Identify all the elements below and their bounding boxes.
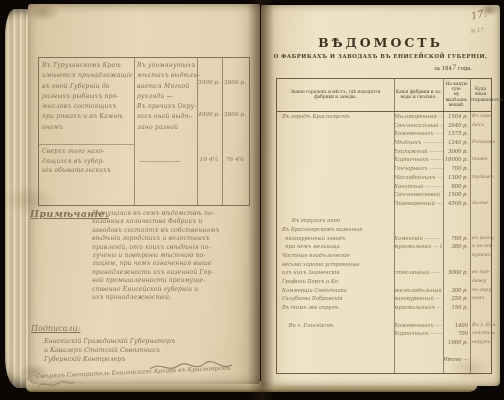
cell-sum: 1300 р.: [443, 174, 470, 183]
handwritten-line: Въ прочихъ Окру-: [137, 102, 195, 112]
table-row: Кирпичныхъ ——— 7 10000 р. тоже: [277, 156, 491, 165]
cell-place: [277, 339, 394, 348]
table-row: Канатный ———— 1 800 р.: [277, 183, 491, 192]
cell-factory: [394, 313, 443, 322]
header-line: фабрики и заводы.: [277, 95, 394, 100]
handwritten-line: мѣстахъ выдѣлы-: [137, 71, 195, 81]
cell-destination: [470, 217, 491, 226]
cell-destination: [470, 226, 491, 235]
left-amount: 3000 р.: [197, 80, 221, 86]
table-row: Частные владѣльческіе купамъ: [277, 252, 491, 261]
left-amount: 76 4¾: [223, 157, 247, 163]
table-row: Голубкова Бобровскій винокуренный — 1 25…: [277, 295, 491, 304]
cell-place: [277, 130, 394, 139]
year-line: за 1847 года.: [434, 64, 472, 72]
cell-sum: 1000 р.: [443, 339, 470, 348]
handwritten-line: правленій, отъ коихъ свѣдѣнія по-: [92, 244, 260, 252]
cell-place: [277, 156, 394, 165]
cell-destination: и по от-: [470, 243, 491, 252]
note-paragraph: Значущіяся въ семъ вѣдомствѣ по-казанныя…: [92, 210, 260, 302]
cell-sum: 3000 р.: [443, 148, 470, 157]
cell-sum: 2640 р.: [443, 122, 470, 131]
cell-place: [277, 148, 394, 157]
cell-factory: Свѣчновосковой — 1: [394, 191, 443, 200]
table-row: [277, 313, 491, 322]
table-row: 1000 р. округѣ: [277, 339, 491, 348]
signatures-heading: Подписали:: [31, 324, 80, 333]
header-line: На какую сум-: [443, 82, 470, 92]
cell-place: [277, 200, 394, 209]
cell-place: весьма хорошо устроенные: [277, 261, 394, 270]
handwritten-line: ственно Енисейской губерніи и: [92, 286, 260, 294]
table-row: весьма хорошо устроенные: [277, 261, 491, 270]
cell-sum: 1400: [443, 322, 470, 331]
header-line: му выдѣлано: [443, 92, 470, 102]
cell-place: [277, 122, 394, 131]
cell-sum: [443, 348, 470, 357]
cell-place: [277, 356, 394, 365]
cell-place: Графини Борхъ и Ко: [277, 278, 394, 287]
table-rule: [277, 111, 491, 112]
cell-factory: Мѣдныхъ ————— 2: [394, 139, 443, 148]
cell-place: винокуренный заводъ: [277, 235, 394, 244]
table-row: изъ нихъ Знаменскій стеклянный —— 1 5000…: [277, 269, 491, 278]
cell-sum: 1500 р.: [443, 191, 470, 200]
table-row: Графини Борхъ и Ко дажу: [277, 278, 491, 287]
cell-place: Въ городѣ Красноярскѣ: [277, 113, 394, 122]
cell-factory: мукомольная — 1: [394, 243, 443, 252]
cell-factory: стеклянный —— 1: [394, 269, 443, 278]
book-photo: Въ Туруханскомъ Краѣимѣются принадлежащі…: [0, 0, 504, 400]
cell-sum: Итого —: [443, 356, 470, 365]
cell-factory: [394, 252, 443, 261]
cell-place: при немъ мельница: [277, 243, 394, 252]
cell-sum: [443, 217, 470, 226]
cell-sum: 1575 р.: [443, 130, 470, 139]
cell-factory: [394, 226, 443, 235]
cell-destination: Въ горо-: [470, 113, 491, 122]
cell-factory: Канатный ———— 1: [394, 183, 443, 192]
cell-place: Въ томъ же округѣ: [277, 304, 394, 313]
cell-factory: Кожевенныхъ ——— 3: [394, 130, 443, 139]
cell-destination: сейскѣ и: [470, 330, 491, 339]
cell-sum: 5000 р.: [443, 269, 470, 278]
cell-factory: Мыловаренный ——— 1: [394, 113, 443, 122]
cell-factory: [394, 217, 443, 226]
table-row: Гончарныхъ ——— 2 700 р.: [277, 165, 491, 174]
cell-destination: [470, 165, 491, 174]
cell-factory: Маслобойныхъ —— 2: [394, 174, 443, 183]
cell-place: [277, 209, 394, 218]
cell-destination: [470, 348, 491, 357]
signature-line: Енисейскій Гражданскій Губернаторъ: [44, 337, 244, 346]
cell-factory: Свѣчносальный —— 1: [394, 122, 443, 131]
cell-destination: дахъ: [470, 122, 491, 131]
cell-destination: [470, 313, 491, 322]
cell-sum: 4500 р.: [443, 200, 470, 209]
cell-place: Въ округахъ оной: [277, 217, 394, 226]
handwritten-line: ономъ: [42, 123, 132, 133]
table-row: Итого —: [277, 356, 491, 365]
factories-table: Званіе городовъ и мѣстъ, гдѣ находятсяфа…: [276, 78, 492, 374]
cell-place: [277, 139, 394, 148]
header-line: воды и сколько.: [394, 95, 443, 100]
cell-destination: [470, 183, 491, 192]
cell-sum: [443, 226, 470, 235]
cell-destination: Разнымъ: [470, 139, 491, 148]
handwritten-line: вается Мягкой: [137, 82, 195, 92]
handwritten-line: ніи обывательскихъ: [42, 166, 132, 176]
cell-sum: 250 р.: [443, 295, 470, 304]
signature-line: и Кавалеръ Статскій Совѣтникъ: [44, 346, 244, 355]
left-amount: 3000 р.: [223, 80, 247, 86]
cell-destination: Въ г. Ени-: [470, 322, 491, 331]
cell-place: Въ г. Енисейскѣ: [277, 322, 394, 331]
cell-sum: [443, 278, 470, 287]
page-title: ВѢДОМОСТЬ: [281, 35, 480, 50]
table-row: винокуренный заводъ Каменскій ——— 1 700 …: [277, 235, 491, 244]
cell-place: Въ Красноярскомъ казенный: [277, 226, 394, 235]
table-row: Въ городѣ Красноярскѣ Мыловаренный ——— 1…: [277, 113, 491, 122]
cell-place: Частные владѣльческіе: [277, 252, 394, 261]
table-row: Мѣдныхъ ————— 2 1240 р. Разнымъ: [277, 139, 491, 148]
left-table-col-b: Въ упомянутыхъмѣстахъ выдѣлы-вается Мягк…: [137, 61, 195, 133]
cell-place: [277, 183, 394, 192]
left-amount: 4000 р.: [197, 112, 221, 118]
handwritten-line: казанныя количества Фабрикъ и: [92, 218, 260, 226]
cell-destination: тоже: [470, 156, 491, 165]
cell-destination: купамъ: [470, 252, 491, 261]
cell-destination: по окру-: [470, 287, 491, 296]
cell-factory: Гончарныхъ ——— 2: [394, 165, 443, 174]
left-page: Въ Туруханскомъ Краѣимѣются принадлежащі…: [28, 4, 260, 384]
cell-sum: 1504 р.: [443, 113, 470, 122]
cell-place: Коммерціи Совѣтника: [277, 287, 394, 296]
cell-factory: желѣзодѣльный 1: [394, 287, 443, 296]
cell-factory: Кирпичныхъ ——— 7: [394, 156, 443, 165]
cell-sum: [443, 313, 470, 322]
table-row: Маслобойныхъ —— 2 1300 р. тудаже: [277, 174, 491, 183]
left-table-col-a: Въ Туруханскомъ Краѣимѣются принадлежащі…: [42, 61, 132, 133]
cell-sum: 700 р.: [443, 235, 470, 244]
cell-destination: дажу: [470, 278, 491, 287]
archival-flourish-icon: [36, 378, 76, 390]
table-row: [277, 209, 491, 218]
cell-destination: тудаже: [470, 174, 491, 183]
cell-sum: 800 р.: [443, 183, 470, 192]
cell-factory: Каменскій ——— 1: [394, 235, 443, 244]
cell-destination: [470, 148, 491, 157]
left-amount: 3800 р.: [223, 112, 247, 118]
handwritten-line: лано разной: [137, 123, 195, 133]
handwritten-line: принадлежность ихъ казенной Гор-: [92, 269, 260, 277]
left-table-row2: Сверхъ того нахо-дящихся въ губер-ніи об…: [42, 147, 132, 176]
table-row: [277, 348, 491, 357]
header-factories: Какія фабрики и за-воды и сколько.: [394, 79, 443, 111]
handwritten-line: мысловъ состоящихъ: [42, 102, 132, 112]
cell-factory: [394, 339, 443, 348]
cell-sum: 150 р.: [443, 304, 470, 313]
cell-sum: 10000 р.: [443, 156, 470, 165]
cell-place: [277, 313, 394, 322]
header-sum: На какую сум-му выдѣлановещей.: [443, 79, 470, 111]
cell-factory: Кожевенныхъ —— 2: [394, 322, 443, 331]
cell-factory: [394, 356, 443, 365]
cell-destination: округѣ: [470, 339, 491, 348]
table-row: Екипажный ———— 1 3000 р.: [277, 148, 491, 157]
cell-destination: въ казну: [470, 235, 491, 244]
cell-place: Голубкова Бобровскій: [277, 295, 394, 304]
cell-destination: гамъ: [470, 295, 491, 304]
page-subtitle: О ФАБРИКАХЪ И ЗАВОДАХЪ ВЪ ЕНИСЕЙСКОЙ ГУБ…: [271, 54, 490, 60]
cell-factory: [394, 209, 443, 218]
cell-destination: далѣе: [470, 200, 491, 209]
table-body: Въ городѣ Красноярскѣ Мыловаренный ——— 1…: [277, 113, 491, 365]
table-row: Коммерціи Совѣтника желѣзодѣльный 1 300 …: [277, 287, 491, 296]
right-page: 17. № 17. ВѢДОМОСТЬ О ФАБРИКАХЪ И ЗАВОДА…: [261, 5, 500, 386]
handwritten-line: Въ упомянутыхъ: [137, 61, 195, 71]
year-suffix: года.: [456, 66, 472, 72]
table-row: Въ томъ же округѣ мукомольныхъ — 1 150 р…: [277, 304, 491, 313]
folio-pencil-number: № 17.: [470, 27, 485, 34]
table-row: при немъ мельница мукомольная — 1 380 р.…: [277, 243, 491, 252]
left-table-rule: [39, 144, 134, 145]
handwritten-line: Значущіяся въ семъ вѣдомствѣ по-: [92, 210, 260, 218]
cell-factory: Кирпичныхъ ——— 3: [394, 330, 443, 339]
cell-place: [277, 191, 394, 200]
table-row: Кожевенныхъ ——— 3 1575 р.: [277, 130, 491, 139]
handwritten-line: разныхъ рыбныхъ про-: [42, 92, 132, 102]
table-row: Въ г. Енисейскѣ Кожевенныхъ —— 2 1400 Въ…: [277, 322, 491, 331]
cell-place: [277, 348, 394, 357]
table-row: Свѣчносальный —— 1 2640 р. дахъ: [277, 122, 491, 131]
handwritten-line: имѣются принадлежащіе: [42, 71, 132, 81]
cell-sum: 1240 р.: [443, 139, 470, 148]
left-table-rule: [134, 58, 135, 205]
cell-place: изъ нихъ Знаменскій: [277, 269, 394, 278]
cell-destination: [470, 304, 491, 313]
handwritten-line: лучены и повѣрены мѣстною по-: [92, 252, 260, 260]
handwritten-line: Сверхъ того нахо-: [42, 147, 132, 157]
cell-factory: Пивоваренный —— 1: [394, 200, 443, 209]
table-row: Кирпичныхъ ——— 3 700 сейскѣ и: [277, 330, 491, 339]
table-row: Въ округахъ оной: [277, 217, 491, 226]
header-line: Куда оныя: [470, 87, 491, 97]
dash-leader: ———————: [139, 158, 194, 165]
cell-destination: [470, 261, 491, 270]
table-row: Свѣчновосковой — 1 1500 р.: [277, 191, 491, 200]
handwritten-line: при рѣкахъ и въ Камнѣ: [42, 112, 132, 122]
handwritten-line: рухляди —: [137, 92, 195, 102]
cell-sum: 300 р.: [443, 287, 470, 296]
cell-sum: [443, 252, 470, 261]
handwritten-line: вѣдѣніи городскихъ и волостныхъ: [92, 235, 260, 243]
cell-factory: [394, 261, 443, 270]
cell-destination: [470, 130, 491, 139]
header-destination: Куда оныяотправляются.: [470, 79, 491, 111]
header-line: отправляются.: [470, 98, 491, 103]
header-line: вещей.: [443, 103, 470, 108]
cell-sum: [443, 209, 470, 218]
cell-place: [277, 174, 394, 183]
table-row: Пивоваренный —— 1 4500 р. далѣе: [277, 200, 491, 209]
cell-sum: 700 р.: [443, 165, 470, 174]
left-table: Въ Туруханскомъ Краѣимѣются принадлежащі…: [38, 57, 250, 206]
handwritten-line: дящихся въ губер-: [42, 157, 132, 167]
folio-number: 17.: [470, 8, 488, 22]
year-prefix: за 184: [434, 66, 452, 72]
cell-place: [277, 165, 394, 174]
header-places: Званіе городовъ и мѣстъ, гдѣ находятсяфа…: [277, 79, 394, 111]
cell-destination: [470, 209, 491, 218]
cell-sum: 700: [443, 330, 470, 339]
cell-factory: мукомольныхъ — 1: [394, 304, 443, 313]
cell-sum: 380 р.: [443, 243, 470, 252]
cell-place: [277, 330, 394, 339]
archival-text: Свѣрялъ Смотритель Енисейскаго Архива въ…: [36, 365, 231, 380]
handwritten-line: ихъ принадлежностей.: [92, 294, 260, 302]
handwritten-line: въ оной Губерніи до: [42, 82, 132, 92]
handwritten-line: гахъ оной выдѣ-: [137, 112, 195, 122]
cell-destination: въ про-: [470, 269, 491, 278]
cell-factory: Екипажный ———— 1: [394, 148, 443, 157]
cell-factory: [394, 278, 443, 287]
handwritten-line: лиціею, при чемъ означенная выше: [92, 260, 260, 268]
cell-destination: [470, 191, 491, 200]
cell-factory: винокуренный — 1: [394, 295, 443, 304]
handwritten-line: заводовъ состоятъ въ собственномъ: [92, 227, 260, 235]
handwritten-line: Въ Туруханскомъ Краѣ: [42, 61, 132, 71]
handwritten-line: ной промышленности преимуще-: [92, 277, 260, 285]
cell-factory: [394, 348, 443, 357]
cell-sum: [443, 261, 470, 270]
left-amount: 10 4½: [197, 157, 221, 163]
table-row: Въ Красноярскомъ казенный: [277, 226, 491, 235]
cell-destination: [470, 356, 491, 365]
